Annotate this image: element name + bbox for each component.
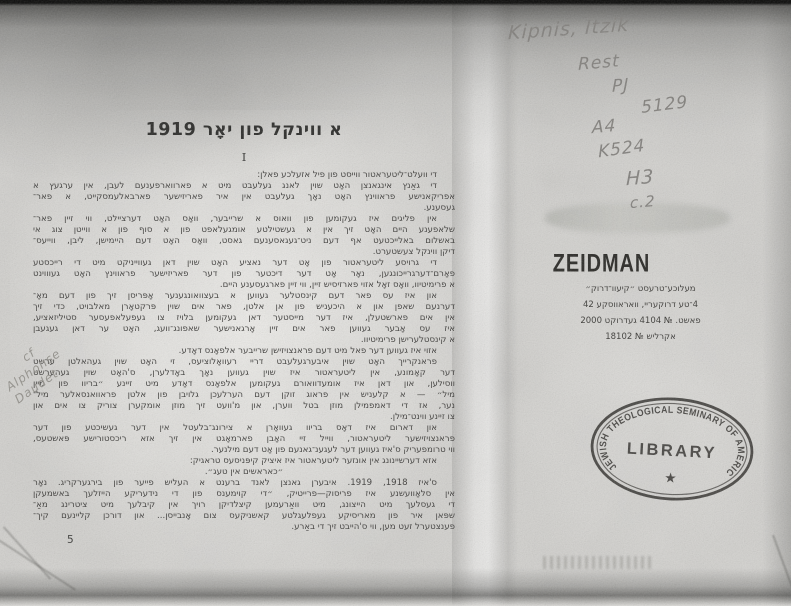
body-line: באשלום באלייכטעט אף דעם ניט־געגאסענעם גא… (33, 236, 455, 247)
handwritten-author-name: Kipnis, Itzik (508, 14, 630, 45)
call-number-item: K524 (598, 136, 646, 163)
call-number-item: H3 (626, 166, 654, 191)
corner-crease (772, 535, 791, 587)
bookplate-imprint-lines: מעלוכע־טרעסט ״קיעוו־דרוק״4־טע דרוקעריי, … (548, 281, 733, 345)
call-number-item: 5129 (641, 92, 689, 118)
bookplate-line: אקרליש № 18102 (548, 329, 733, 345)
body-line: און דארום איז דאָס בריוו געוואָרן א צירו… (33, 423, 455, 434)
body-line: א קינסטלערישן פרימיטיוו. (33, 335, 455, 346)
bottom-edge-shadow (0, 568, 791, 606)
body-line: אין אים פארשטעלן, איז דער מייסטער דאן גע… (33, 313, 455, 324)
body-line: ווי טרומפעריק ס'איז געווען דער לעגענ־גאנ… (33, 445, 455, 456)
body-line: דער קאָמונע, אין ליטעראטור איז שוין געוו… (33, 368, 455, 379)
stamp-star-icon: ★ (665, 471, 677, 486)
body-line: ס'איז 1918, 1919. איבערן גאנצן לאנד ברענ… (33, 478, 455, 489)
body-line: און איז עס פאר דעם קינסטלער געווען א בעצ… (33, 291, 455, 302)
body-line: דערנעם שאפן און א היכעניש פון אן אלטן, פ… (33, 302, 455, 313)
body-line: שפּאן איר פון מאריסיקע געפלעגלטע קאשניקע… (33, 511, 455, 522)
body-line: פראנקרייך האָט שוין איבערגעלעבט דריי רעו… (33, 357, 455, 368)
body-line: די גרויסע ליטעראטור פון אָט דער נאציע הא… (33, 258, 455, 269)
body-line: די וועלט־ליטעראטור ווייסט פון פיל אזעלכע… (33, 170, 455, 181)
bookplate-line: מעלוכע־טרעסט ״קיעוו־דרוק״ (548, 281, 733, 297)
section-numeral: I (33, 150, 455, 164)
printer-bookplate: ZEIDMAN מעלוכע־טרעסט ״קיעוו־דרוק״4־טע דר… (548, 250, 733, 345)
body-text: די וועלט־ליטעראטור ווייסט פון פיל אזעלכע… (33, 170, 455, 533)
body-line: ״כאראשים אין טעג״. (33, 467, 455, 478)
body-line: אין פליגים איז געקומען פון וואוס א שרייב… (33, 214, 455, 225)
faint-stamp-residue (543, 556, 651, 569)
body-line: אזא דערשיינונג אין אונזער ליטעראטור איז … (33, 456, 455, 467)
body-line: אזוי איז געווען דער פאל מיט דעם פראנצויז… (33, 346, 455, 357)
call-number-item: Rest (578, 51, 620, 75)
body-line: דיקן ווינקל צעשטערט. (33, 247, 455, 258)
body-line: מיל״ — א קלעניש אין פראוג זוקן דעם הערלע… (33, 390, 455, 401)
body-line: נער, אז די דאמפמילן מוזן בטל ווערן, און … (33, 401, 455, 412)
page-gutter-shadow (452, 0, 518, 606)
body-line: פראנצויזישער ליטעראטור, ווייל זיי האָבן … (33, 434, 455, 445)
body-line: צו זיינע ווינט־מילן. (33, 412, 455, 423)
body-line: אפריקאנישע פראווינץ האָט נאָך געלעבט אין… (33, 192, 455, 203)
body-line: פענצטערל זעט מען, ווי ס'הייבט זיך די באַ… (33, 522, 455, 533)
corner-crease (0, 537, 76, 590)
stamp-center-text: LIBRARY (626, 440, 717, 463)
scanned-book-spread: א ווינקל פון יאָר 1919 I די וועלט־ליטערא… (0, 0, 791, 606)
page-number: 5 (67, 534, 74, 546)
body-line: פאָרם־דערגרייכונגען, נאָר אָט דער דיכטער… (33, 269, 455, 280)
corner-crease (3, 526, 51, 579)
body-line: די גאַנץ אינגאנצן האָט שוין לאנג געלעבט … (33, 181, 455, 192)
body-line: ווסילען, און דאן איז אומעדוואורם געקומען… (33, 379, 455, 390)
library-stamp: JEWISH THEOLOGICAL SEMINARY OF AMERICA L… (560, 378, 784, 520)
bookplate-line: 4־טע דרוקעריי, וואראווסקע 42 (548, 297, 733, 313)
bookplate-name: ZEIDMAN (548, 250, 724, 279)
bookplate-line: פאשט. № 4104 געדרוקט 2000 (548, 313, 733, 329)
body-line: אין סלאָוועשנע איז פריסוק—פרייטיק, ״די ק… (33, 489, 455, 500)
body-line: איז עס אָבער געווען פאר אים זיין אָרגאני… (33, 324, 455, 335)
call-number-item: PJ (612, 75, 629, 97)
chapter-title: א ווינקל פון יאָר 1919 (33, 120, 455, 140)
body-line: שלאפענע היים האָט זיך אין א געשטילטע אומ… (33, 225, 455, 236)
body-line: א פרימיטיוו, וואָס זאָל אזוי פארזיסיש זי… (33, 280, 455, 291)
call-number-item: c.2 (630, 192, 655, 212)
call-number-item: A4 (592, 116, 616, 138)
body-line: געסענע. (33, 203, 455, 214)
body-line: די געסלעך מיט הייצונג, מיט וואַרעמען קיצ… (33, 500, 455, 511)
